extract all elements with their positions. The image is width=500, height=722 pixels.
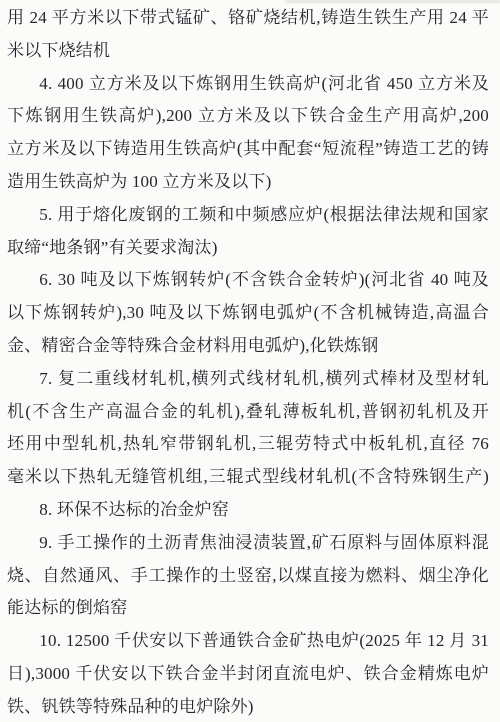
text-line: 下炼钢用生铁高炉),200 立方米及以下铁合金生产用高炉,200 (7, 100, 489, 133)
text-line: 以下炼钢转炉),30 吨及以下炼钢电弧炉(不含机械铸造,高温合 (7, 297, 489, 330)
text-line: 用 24 平方米以下带式锰矿、铬矿烧结机,铸造生铁生产用 24 平方 (7, 2, 489, 35)
text-line: 铁、钒铁等特殊品种的电炉除外) (7, 691, 489, 722)
text-line: 9. 手工操作的土沥青焦油浸渍装置,矿石原料与固体原料混 (7, 527, 489, 560)
text-line: 取缔“地条钢”有关要求淘汰) (7, 232, 489, 265)
text-line: 毫米以下热轧无缝管机组,三辊式型线材轧机(不含特殊钢生产) (7, 461, 489, 494)
text-line: 7. 复二重线材轧机,横列式线材轧机,横列式棒材及型材轧 (7, 363, 489, 396)
text-line: 米以下烧结机 (7, 35, 489, 68)
text-line: 坯用中型轧机,热轧窄带钢轧机,三辊劳特式中板轧机,直径 76 (7, 428, 489, 461)
text-line: 5. 用于熔化废钢的工频和中频感应炉(根据法律法规和国家 (7, 199, 489, 232)
text-line: 日),3000 千伏安以下铁合金半封闭直流电炉、铁合金精炼电炉(钨 (7, 658, 489, 691)
text-line: 10. 12500 千伏安以下普通铁合金矿热电炉(2025 年 12 月 31 (7, 625, 489, 658)
text-line: 烧、自然通风、手工操作的土竖窑,以煤直接为燃料、烟尘净化不 (7, 560, 489, 593)
text-line: 机(不含生产高温合金的轧机),叠轧薄板轧机,普钢初轧机及开 (7, 396, 489, 429)
text-line: 造用生铁高炉为 100 立方米及以下) (7, 166, 489, 199)
document-text-body: 用 24 平方米以下带式锰矿、铬矿烧结机,铸造生铁生产用 24 平方米以下烧结机… (7, 2, 489, 722)
document-page: 用 24 平方米以下带式锰矿、铬矿烧结机,铸造生铁生产用 24 平方米以下烧结机… (0, 0, 500, 722)
text-line: 金、精密合金等特殊合金材料用电弧炉),化铁炼钢 (7, 330, 489, 363)
text-line: 4. 400 立方米及以下炼钢用生铁高炉(河北省 450 立方米及以 (7, 68, 489, 101)
text-line: 8. 环保不达标的冶金炉窑 (7, 494, 489, 527)
text-line: 6. 30 吨及以下炼钢转炉(不含铁合金转炉)(河北省 40 吨及 (7, 264, 489, 297)
text-line: 立方米及以下铸造用生铁高炉(其中配套“短流程”铸造工艺的铸 (7, 133, 489, 166)
text-line: 能达标的倒焰窑 (7, 592, 489, 625)
